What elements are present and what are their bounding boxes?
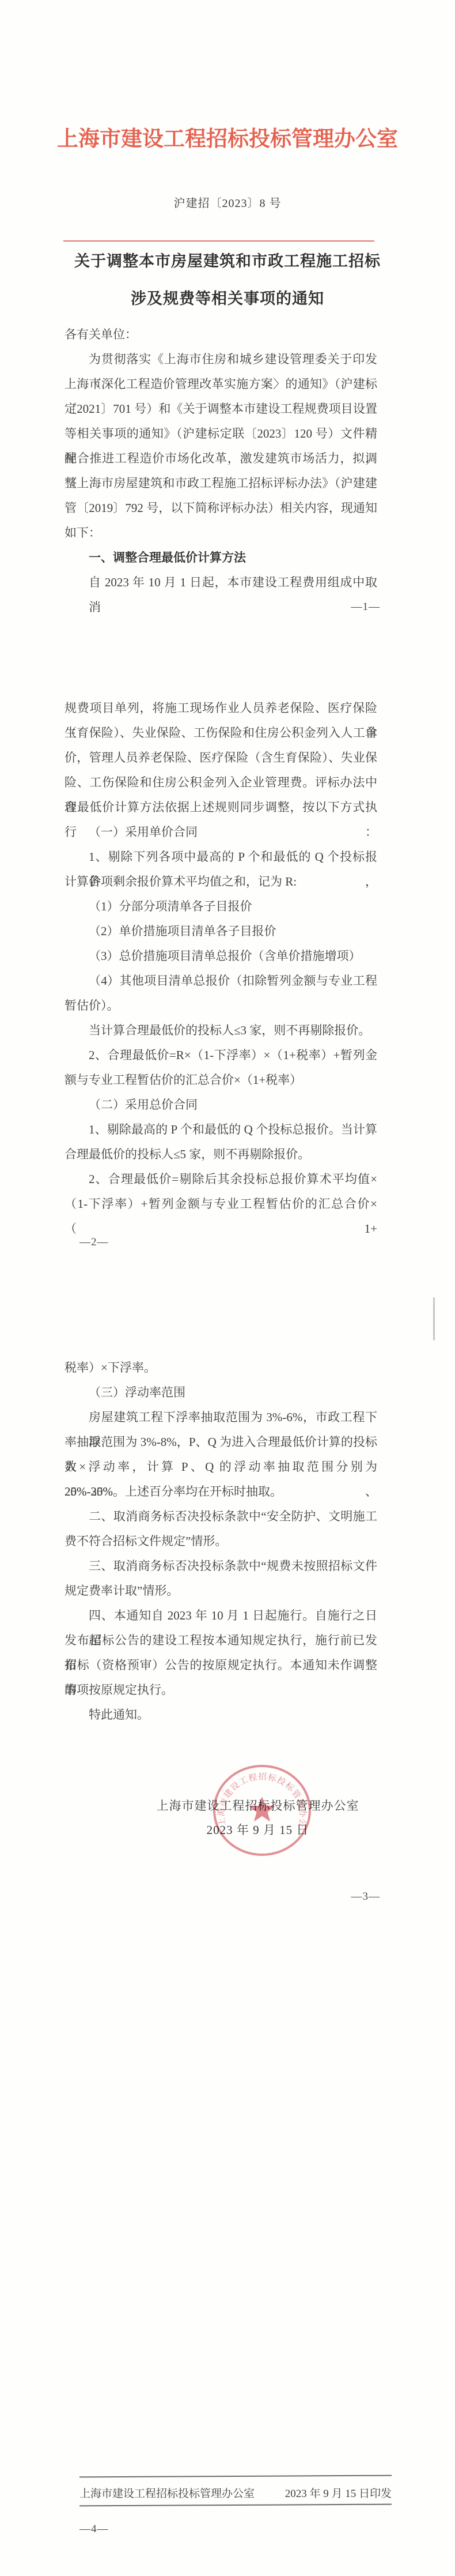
body-text-line: 发布招标公告的建设工程按本通知规定执行，施行前已发布 xyxy=(65,1628,377,1653)
page-number-4: —4— xyxy=(79,2523,109,2536)
body-text-line: 价，管理人员养老保险、医疗保险（含生育保险）、失业保 xyxy=(65,745,377,770)
body-text-line: （4）其他项目清单总报价（扣除暂列金额与专业工程 xyxy=(65,969,377,993)
body-text-line: 当计算合理最低价的投标人≤3 家，则不再剔除报价。 xyxy=(65,1018,377,1043)
page-2-body: 规费项目单列，将施工现场作业人员养老保险、医疗保险（含生育保险）、失业保险、工伤… xyxy=(65,696,377,1217)
body-text-line: 2、合理最低价=R×（1-下浮率）×（1+税率）+暂列金 xyxy=(65,1043,377,1068)
body-text-line: 房屋建筑工程下浮率抽取范围为 3%-6%，市政工程下浮 xyxy=(65,1405,377,1430)
body-text-line: 事项按原规定执行。 xyxy=(65,1678,377,1703)
colophon-row: 上海市建设工程招标投标管理办公室 2023 年 9 月 15 日印发 xyxy=(79,2481,392,2504)
body-text-line: 生育保险）、失业保险、工伤保险和住房公积金列入人工单 xyxy=(65,721,377,745)
body-text-line: 2、合理最低价=剔除后其余投标总报价算术平均值× xyxy=(65,1167,377,1192)
body-text-line: 合理最低价的投标人≤5 家，则不再剔除报价。 xyxy=(65,1142,377,1167)
body-text-line: 数×浮动率，计算 P、Q 的浮动率抽取范围分别为 25%-30%、 xyxy=(65,1455,377,1479)
body-text-line: 〔2021〕701 号）和《关于调整本市建设工程规费项目设置 xyxy=(65,397,377,421)
page-number-2: —2— xyxy=(79,1236,109,1249)
body-text-line: 二、取消商务标否决投标条款中“安全防护、文明施工 xyxy=(65,1504,377,1529)
star-icon xyxy=(249,1797,275,1821)
page-number-1: —1— xyxy=(351,601,381,613)
body-text-line: 配合推进工程造价市场化改革，激发建筑市场活力，拟调整 xyxy=(65,446,377,471)
scanned-notice-document: 上海市建设工程招标投标管理办公室 沪建招〔2023〕8 号 关于调整本市房屋建筑… xyxy=(0,0,455,2576)
body-text-line: 各有关单位： xyxy=(65,322,377,347)
body-text-line: 理最低价计算方法依据上述规则同步调整，按以下方式执行： xyxy=(65,795,377,820)
body-text-line: 规费项目单列，将施工现场作业人员养老保险、医疗保险（含 xyxy=(65,696,377,721)
official-seal: 上海市建设工程招标投标管理办公室 xyxy=(211,1763,313,1858)
body-text-line: 为贯彻落实《上海市住房和城乡建设管理委关于印发〈 xyxy=(65,347,377,372)
notice-title-line1: 关于调整本市房屋建筑和市政工程施工招标 xyxy=(0,249,455,273)
body-text-line: （1）分部分项清单各子目报价 xyxy=(65,894,377,919)
body-text-line: 《上海市房屋建筑和市政工程施工招标评标办法》（沪建建 xyxy=(65,471,377,496)
svg-text:上海市建设工程招标投标管理办公室: 上海市建设工程招标投标管理办公室 xyxy=(211,1763,308,1829)
body-text-line: （三）浮动率范围 xyxy=(65,1380,377,1405)
body-text-line: 规定费率计取”情形。 xyxy=(65,1579,377,1603)
document-number: 沪建招〔2023〕8 号 xyxy=(0,194,455,213)
footer-rule-top xyxy=(79,2475,392,2478)
body-text-line: 招标（资格预审）公告的按原规定执行。本通知未作调整的 xyxy=(65,1653,377,1678)
body-text-line: 暂估价）。 xyxy=(65,993,377,1018)
body-text-line: （2）单价措施项目清单各子目报价 xyxy=(65,919,377,944)
body-text-line: 如下： xyxy=(65,521,377,545)
body-text-line: （1-下浮率）+暂列金额与专业工程暂估价的汇总合价×（1+ xyxy=(65,1192,377,1217)
page-number-3: —3— xyxy=(351,1890,381,1903)
body-text-line: 险、工伤保险和住房公积金列入企业管理费。评标办法中合 xyxy=(65,770,377,795)
colophon-agency: 上海市建设工程招标投标管理办公室 xyxy=(79,2485,255,2500)
body-text-line: 1、剔除最高的 P 个和最低的 Q 个投标总报价。当计算 xyxy=(65,1117,377,1142)
body-text-line: 额与专业工程暂估价的汇总合价×（1+税率） xyxy=(65,1068,377,1093)
body-text-line: 上海市深化工程造价管理改革实施方案〉的通知》（沪建标定 xyxy=(65,372,377,397)
issuer-header: 上海市建设工程招标投标管理办公室 xyxy=(0,127,455,152)
body-text-line: 税率）×下浮率。 xyxy=(65,1355,377,1380)
body-text-line: 管〔2019〕792 号，以下简称评标办法）相关内容，现通知 xyxy=(65,496,377,521)
body-text-line: 自 2023 年 10 月 1 日起，本市建设工程费用组成中取消 xyxy=(65,570,377,595)
body-text-line: （3）总价措施项目清单总报价（含单价措施增项） xyxy=(65,944,377,969)
body-text-line: 率抽取范围为 3%-8%，P、Q 为进入合理最低价计算的投标人 xyxy=(65,1430,377,1455)
scrollbar-thumb[interactable] xyxy=(433,1297,435,1340)
page-1-body: 各有关单位：为贯彻落实《上海市住房和城乡建设管理委关于印发〈上海市深化工程造价管… xyxy=(65,322,377,595)
body-text-line: 四、本通知自 2023 年 10 月 1 日起施行。自施行之日起 xyxy=(65,1603,377,1628)
notice-title-line2: 涉及规费等相关事项的通知 xyxy=(0,287,455,311)
seal-arc-text: 上海市建设工程招标投标管理办公室 xyxy=(211,1763,308,1829)
body-text-line: 1、剔除下列各项中最高的 P 个和最低的 Q 个投标报价， xyxy=(65,845,377,869)
page-3-body: 税率）×下浮率。（三）浮动率范围房屋建筑工程下浮率抽取范围为 3%-6%，市政工… xyxy=(65,1355,377,1727)
red-divider-rule xyxy=(63,240,374,242)
body-text-line: 三、取消商务标否决投标条款中“规费未按照招标文件 xyxy=(65,1554,377,1579)
body-text-line: 一、调整合理最低价计算方法 xyxy=(65,545,377,570)
body-text-line: 等相关事项的通知》（沪建标定联〔2023〕120 号）文件精神， xyxy=(65,421,377,446)
colophon-print-date: 2023 年 9 月 15 日印发 xyxy=(285,2485,392,2500)
footer-rule-bottom xyxy=(79,2504,392,2507)
body-text-line: 费不符合招标文件规定”情形。 xyxy=(65,1529,377,1554)
body-text-line: （二）采用总价合同 xyxy=(65,1093,377,1117)
body-text-line: 特此通知。 xyxy=(65,1703,377,1727)
